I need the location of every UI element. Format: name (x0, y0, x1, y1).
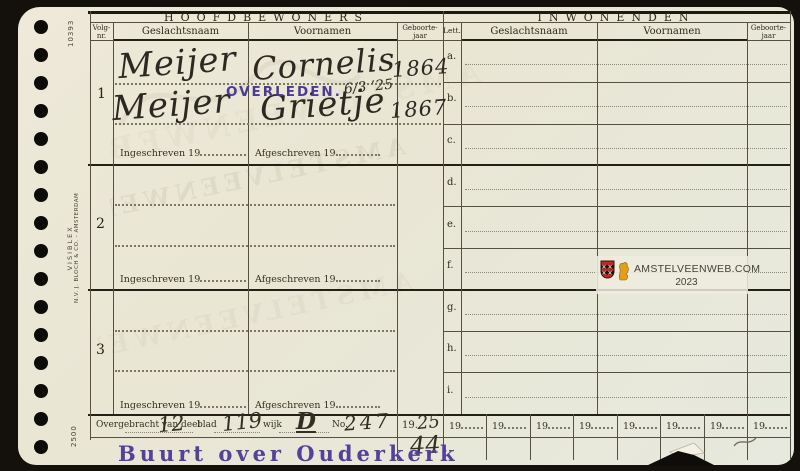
row-line (443, 331, 790, 332)
form-number-vertical: 2500 (70, 425, 78, 447)
entry-birthyear: 1867 (389, 97, 448, 122)
col-birthyear-label-left: Geboorte- (402, 24, 437, 32)
year-cell: 19 (753, 419, 787, 432)
row-letter: i. (447, 385, 453, 396)
punch-hole (34, 132, 48, 146)
col-line (461, 22, 462, 414)
writing-line (465, 397, 787, 398)
year-cell-divider (530, 414, 531, 460)
punch-hole (34, 440, 48, 454)
punch-hole (34, 300, 48, 314)
row-letter: e. (447, 219, 456, 230)
row-line (443, 82, 790, 83)
right-border (790, 11, 791, 460)
year-prefix-printed: 19. (402, 420, 418, 431)
entry-surname: Meijer (117, 42, 238, 84)
paper-tear (638, 440, 738, 468)
entry-birthyear: 1864 (391, 56, 450, 81)
lion-icon (615, 259, 631, 281)
blad-value-handwritten: 119 (221, 410, 263, 435)
year-cell: 19 (710, 419, 744, 432)
year-cell: 19 (492, 419, 526, 432)
section-number: 3 (96, 342, 105, 358)
col-birthyear-label-right: Geboorte- (751, 24, 786, 32)
row-line (443, 372, 790, 373)
watermark-block: AMSTELVEENWEB.COM 2023 (596, 256, 748, 294)
year-cell: 19 (536, 419, 570, 432)
row-letter: a. (447, 51, 456, 62)
col-line (747, 22, 748, 460)
punch-hole (34, 188, 48, 202)
writing-line (115, 370, 395, 372)
wijk-value-handwritten: D (296, 410, 316, 433)
col-line (248, 22, 249, 414)
col-firstnames-label-left: Voornamen (248, 26, 397, 37)
afgeschreven-label: Afgeschreven 19 (255, 398, 380, 411)
year-cell-divider (573, 414, 574, 460)
punch-hole (34, 216, 48, 230)
col-line (113, 22, 114, 414)
col-volgnr-label: Volg- (93, 24, 111, 32)
blad-label: blad (197, 420, 217, 430)
punch-hole (34, 104, 48, 118)
buurt-stamp: Buurt over Ouderkerk (118, 441, 459, 466)
year-cell: 19 (579, 419, 613, 432)
punch-hole (34, 160, 48, 174)
row-line (443, 206, 790, 207)
punch-hole (34, 20, 48, 34)
ingeschreven-label: Ingeschreven 19 (120, 272, 246, 285)
overleden-stamp: OVERLEDEN. (226, 84, 342, 100)
no-value-handwritten: 247 (343, 410, 391, 433)
col-surname-label-right: Geslachtsnaam (461, 26, 597, 37)
afgeschreven-label: Afgeschreven 19 (255, 146, 380, 159)
wijk-label: wijk (263, 420, 282, 430)
row-letter: d. (447, 177, 457, 188)
watermark-site: AMSTELVEENWEB.COM (634, 263, 760, 275)
row-letter: g. (447, 302, 457, 313)
header-underline-heavy-right (461, 39, 747, 41)
punch-hole (34, 356, 48, 370)
row-line (443, 124, 790, 125)
punch-hole (34, 328, 48, 342)
punch-hole (34, 76, 48, 90)
header-underline-heavy-left (113, 39, 397, 41)
punch-hole (34, 412, 48, 426)
registry-number-vertical: 10393 (67, 20, 75, 47)
writing-line (465, 355, 787, 356)
afgeschreven-label: Afgeschreven 19 (255, 272, 380, 285)
watermark-year: 2023 (634, 277, 739, 288)
col-surname-label-left: Geslachtsnaam (113, 26, 248, 37)
right-table-title: INWONENDEN (443, 11, 790, 24)
writing-line (115, 204, 395, 206)
punch-hole (34, 244, 48, 258)
row-letter: b. (447, 93, 457, 104)
writing-line (465, 314, 787, 315)
writing-line (465, 148, 787, 149)
writing-line (465, 64, 787, 65)
year-cell: 19 (623, 419, 657, 432)
col-firstnames-label-right: Voornamen (597, 26, 747, 37)
row-letter: f. (447, 260, 454, 271)
section-divider (88, 164, 790, 166)
writing-line (465, 189, 787, 190)
writing-line (465, 231, 787, 232)
amstelveen-crest-icon (600, 260, 615, 279)
col-line (397, 22, 398, 460)
punch-hole (34, 384, 48, 398)
row-letter: h. (447, 343, 457, 354)
row-letter: c. (447, 135, 456, 146)
printer-name-vertical: N.V. J. BLOCH & CO. - AMSTERDAM (74, 193, 80, 303)
col-lett-label: Lett. (441, 27, 463, 35)
writing-line (115, 330, 395, 332)
printer-brand-vertical: VISIBLEX (66, 193, 74, 303)
year-cell: 19 (449, 419, 483, 432)
left-border (90, 11, 91, 440)
punch-hole (34, 48, 48, 62)
row-line (443, 248, 790, 249)
ingeschreven-label: Ingeschreven 19 (120, 398, 246, 411)
year-cell-divider (486, 414, 487, 460)
pencil-mark (733, 435, 761, 449)
section-number: 2 (96, 216, 105, 232)
writing-line (115, 245, 395, 247)
deel-value-handwritten: 12 (157, 413, 185, 436)
entry-surname: Meijer (111, 84, 232, 126)
scanned-register-card: 10393 VISIBLEX N.V. J. BLOCH & CO. - AMS… (0, 0, 800, 471)
writing-line (465, 106, 787, 107)
ingeschreven-label: Ingeschreven 19 (120, 146, 246, 159)
punch-hole (34, 272, 48, 286)
section-number: 1 (97, 86, 106, 102)
year-cell-divider (617, 414, 618, 460)
year-cell: 19 (666, 419, 700, 432)
left-table-title: HOOFDBEWONERS (90, 11, 443, 24)
